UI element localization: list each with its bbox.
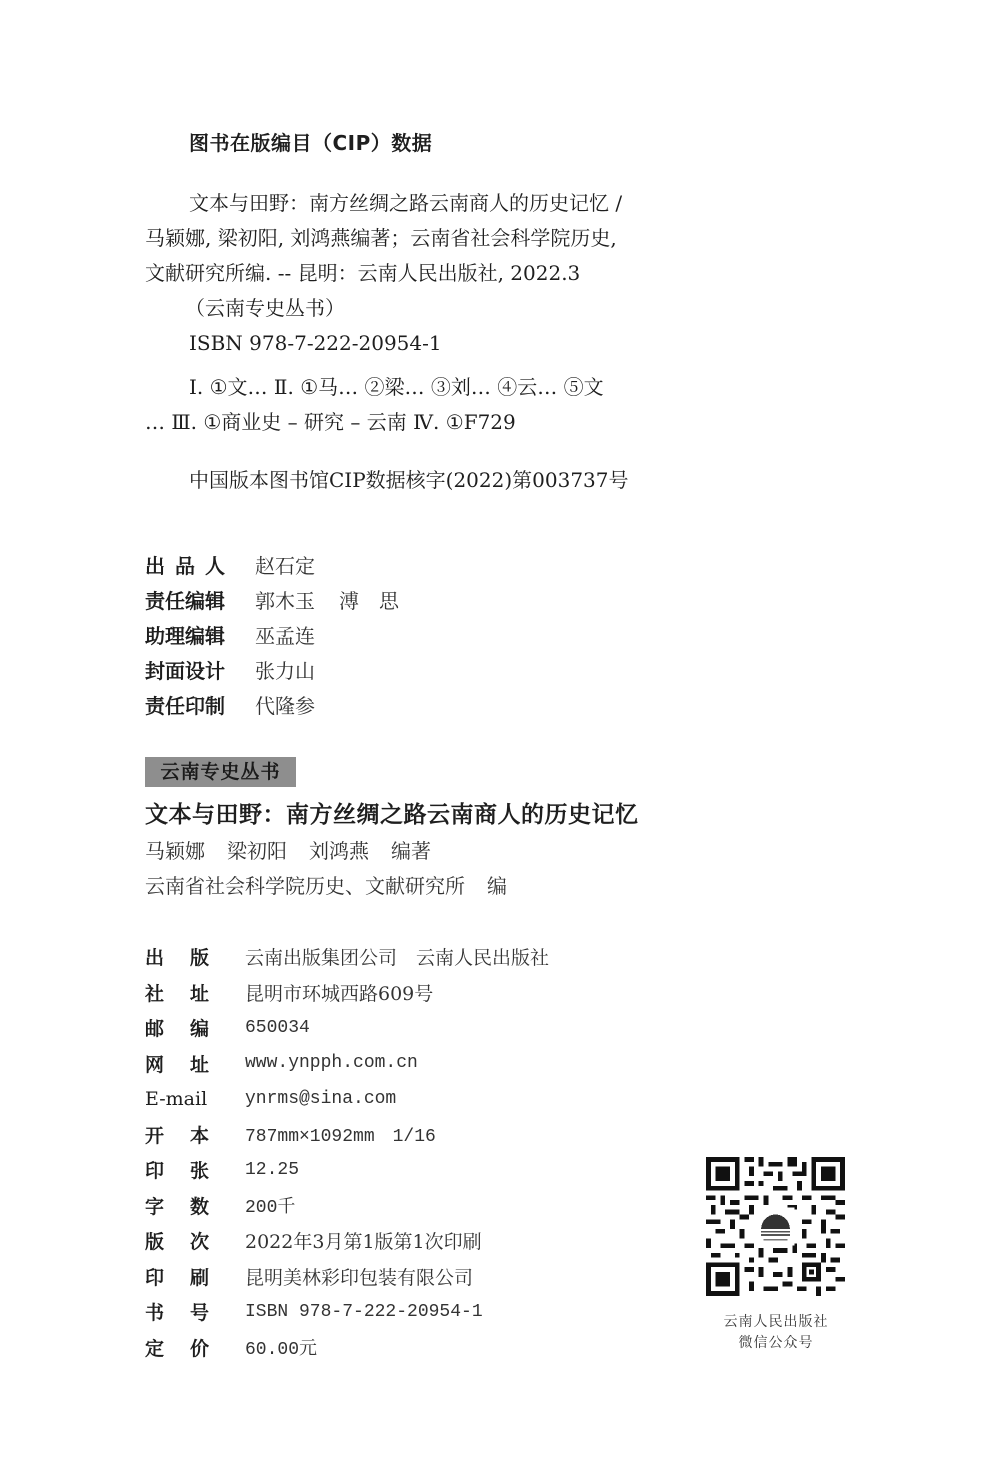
credit-row-assistant-editor: 助理编辑 巫孟连 — [145, 617, 423, 652]
pub-value: ISBN 978-7-222-20954-1 — [245, 1302, 483, 1322]
pub-label: 网址 — [145, 1050, 245, 1077]
classification-line-1: Ⅰ. ①文… Ⅱ. ①马… ②梁… ③刘… ④云… ⑤文 — [145, 370, 675, 405]
pub-row-postcode: 邮编 650034 — [145, 1010, 549, 1046]
credit-row-producer: 出品人 赵石定 — [145, 547, 423, 582]
pub-label: 出版 — [145, 943, 245, 970]
credit-row-editor: 责任编辑 郭木玉溥 思 — [145, 582, 423, 617]
credit-value: 代隆参 — [255, 690, 339, 719]
pub-row-price: 定价 60.00元 — [145, 1330, 549, 1366]
author-name: 刘鸿燕 — [309, 839, 369, 863]
pub-row-format: 开本 787mm×1092mm 1/16 — [145, 1117, 549, 1153]
cip-record: 文本与田野：南方丝绸之路云南商人的历史记忆 / 马颖娜, 梁初阳, 刘鸿燕编著；… — [145, 186, 675, 361]
pub-value: 昆明市环城西路609号 — [245, 979, 433, 1006]
credit-value: 赵石定 — [255, 550, 339, 579]
author-name: 梁初阳 — [227, 839, 287, 863]
qr-caption: 云南人民出版社 微信公众号 — [700, 1312, 852, 1354]
credit-name: 郭木玉 — [255, 589, 315, 613]
pub-label: 印张 — [145, 1156, 245, 1183]
cip-isbn-line: ISBN 978-7-222-20954-1 — [145, 326, 675, 361]
pub-row-word-count: 字数 200千 — [145, 1188, 549, 1224]
email-link[interactable]: ynrms@sina.com — [245, 1089, 396, 1109]
pub-row-publisher: 出版 云南出版集团公司 云南人民出版社 — [145, 939, 549, 975]
cip-heading: 图书在版编目（CIP）数据 — [189, 127, 432, 156]
cip-title-line: 文本与田野：南方丝绸之路云南商人的历史记忆 / — [145, 186, 675, 221]
qr-caption-wechat: 微信公众号 — [700, 1333, 852, 1354]
qr-code-icon — [706, 1157, 845, 1296]
pub-value: 2022年3月第1版第1次印刷 — [245, 1227, 482, 1254]
qr-caption-publisher: 云南人民出版社 — [700, 1312, 852, 1333]
pub-label: 开本 — [145, 1121, 245, 1148]
pub-value: 787mm×1092mm 1/16 — [245, 1121, 436, 1147]
pub-label: 印刷 — [145, 1263, 245, 1290]
credit-name: 张力山 — [255, 659, 315, 683]
credit-name: 巫孟连 — [255, 624, 315, 648]
pub-row-sheets: 印张 12.25 — [145, 1152, 549, 1188]
pub-label: 字数 — [145, 1192, 245, 1219]
editor-role: 编 — [487, 874, 507, 898]
pub-value: 12.25 — [245, 1160, 299, 1180]
pub-label: 版次 — [145, 1227, 245, 1254]
pub-value: 650034 — [245, 1018, 310, 1038]
pub-value: 昆明美林彩印包装有限公司 — [245, 1263, 473, 1290]
cip-classification: Ⅰ. ①文… Ⅱ. ①马… ②梁… ③刘… ④云… ⑤文 … Ⅲ. ①商业史 –… — [145, 370, 675, 440]
book-title: 文本与田野：南方丝绸之路云南商人的历史记忆 — [145, 796, 639, 829]
classification-line-2: … Ⅲ. ①商业史 – 研究 – 云南 Ⅳ. ①F729 — [145, 405, 675, 440]
credit-name: 赵石定 — [255, 554, 315, 578]
credit-label: 助理编辑 — [145, 620, 255, 649]
credit-name: 溥 思 — [339, 589, 399, 613]
cip-authors-line: 马颖娜, 梁初阳, 刘鸿燕编著；云南省社会科学院历史, — [145, 221, 675, 256]
cip-number: 中国版本图书馆CIP数据核字(2022)第003737号 — [189, 463, 629, 498]
pub-label: 定价 — [145, 1334, 245, 1361]
pub-row-edition: 版次 2022年3月第1版第1次印刷 — [145, 1223, 549, 1259]
pub-row-printer: 印刷 昆明美林彩印包装有限公司 — [145, 1259, 549, 1295]
credit-label: 责任印制 — [145, 690, 255, 719]
pub-label: 书号 — [145, 1298, 245, 1325]
pub-row-isbn: 书号 ISBN 978-7-222-20954-1 — [145, 1294, 549, 1330]
credit-label: 封面设计 — [145, 655, 255, 684]
credits-list: 出品人 赵石定 责任编辑 郭木玉溥 思 助理编辑 巫孟连 封面设计 张力山 责任… — [145, 547, 423, 722]
website-link[interactable]: www.ynpph.com.cn — [245, 1053, 418, 1073]
institution-name: 云南省社会科学院历史、文献研究所 — [145, 874, 465, 898]
pub-row-website: 网址 www.ynpph.com.cn — [145, 1046, 549, 1082]
series-label: 云南专史丛书 — [145, 757, 296, 787]
cip-publisher-line: 文献研究所编. -- 昆明：云南人民出版社, 2022.3 — [145, 256, 675, 291]
credit-value: 张力山 — [255, 655, 339, 684]
author-name: 马颖娜 — [145, 839, 205, 863]
pub-row-address: 社址 昆明市环城西路609号 — [145, 975, 549, 1011]
pub-value: 云南出版集团公司 云南人民出版社 — [245, 943, 549, 970]
pub-label: E-mail — [145, 1088, 245, 1110]
pub-label: 邮编 — [145, 1014, 245, 1041]
credit-row-cover-design: 封面设计 张力山 — [145, 652, 423, 687]
cip-series-line: （云南专史丛书） — [145, 291, 675, 326]
credit-name: 代隆参 — [255, 694, 315, 718]
pub-value: 60.00元 — [245, 1334, 317, 1360]
credit-value: 巫孟连 — [255, 620, 339, 649]
pub-value: 200千 — [245, 1192, 295, 1218]
pub-row-email: E-mail ynrms@sina.com — [145, 1081, 549, 1117]
credit-row-print-supervisor: 责任印制 代隆参 — [145, 687, 423, 722]
credit-value: 郭木玉溥 思 — [255, 585, 423, 614]
book-authors: 马颖娜梁初阳刘鸿燕编著 — [145, 835, 453, 864]
editor-institution: 云南省社会科学院历史、文献研究所编 — [145, 870, 507, 899]
publication-info: 出版 云南出版集团公司 云南人民出版社 社址 昆明市环城西路609号 邮编 65… — [145, 939, 549, 1365]
credit-label: 责任编辑 — [145, 585, 255, 614]
credit-label: 出品人 — [145, 550, 255, 579]
pub-label: 社址 — [145, 979, 245, 1006]
author-role: 编著 — [391, 839, 431, 863]
